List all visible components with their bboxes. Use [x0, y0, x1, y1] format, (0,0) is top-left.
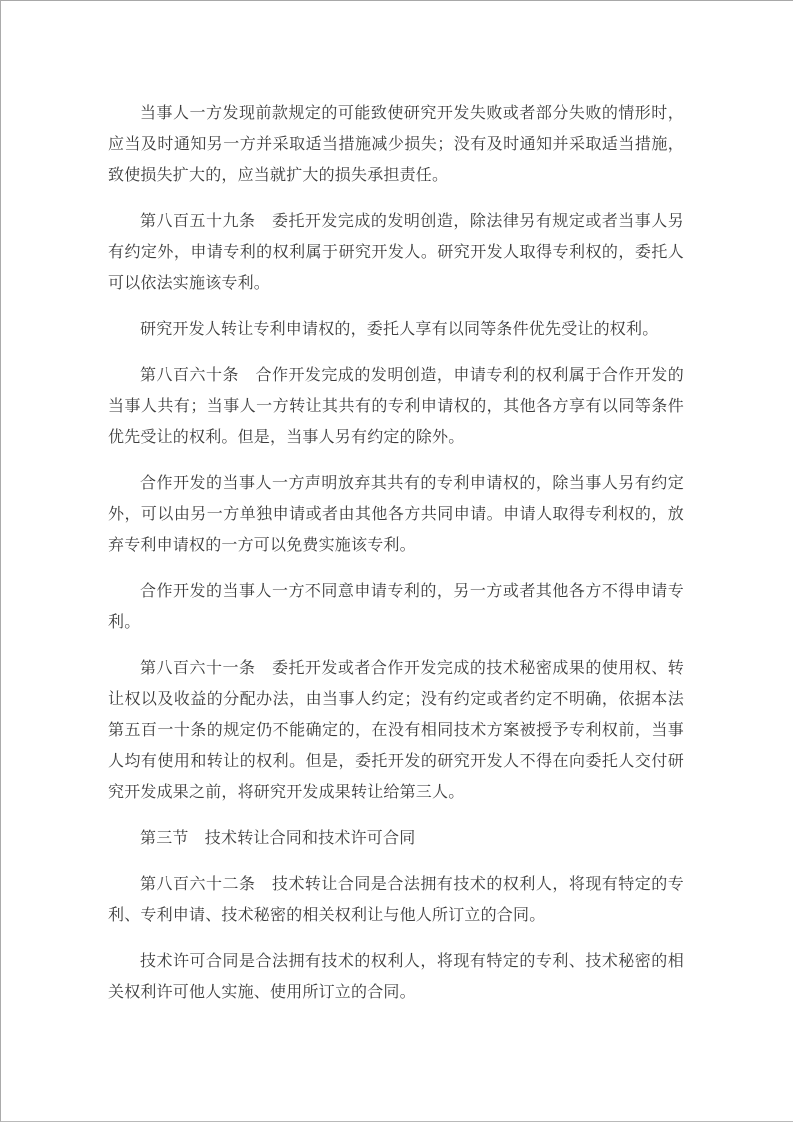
article-862-paragraph: 第八百六十二条 技术转让合同是合法拥有技术的权利人，将现有特定的专利、专利申请、… [108, 869, 684, 931]
article-860-paragraph: 第八百六十条 合作开发完成的发明创造，申请专利的权利属于合作开发的当事人共有；当… [108, 360, 684, 453]
document-page: 当事人一方发现前款规定的可能致使研究开发失败或者部分失败的情形时，应当及时通知另… [0, 0, 793, 1122]
body-paragraph-disagreement-no-application: 合作开发的当事人一方不同意申请专利的，另一方或者其他各方不得申请专利。 [108, 576, 684, 638]
article-861-paragraph: 第八百六十一条 委托开发或者合作开发完成的技术秘密成果的使用权、转让权以及收益的… [108, 653, 684, 808]
body-paragraph-breach-notice: 当事人一方发现前款规定的可能致使研究开发失败或者部分失败的情形时，应当及时通知另… [108, 98, 684, 191]
section-3-heading: 第三节 技术转让合同和技术许可合同 [108, 823, 684, 854]
body-paragraph-license-contract: 技术许可合同是合法拥有技术的权利人，将现有特定的专利、技术秘密的相关权利许可他人… [108, 946, 684, 1008]
body-paragraph-patent-transfer-priority: 研究开发人转让专利申请权的，委托人享有以同等条件优先受让的权利。 [108, 314, 684, 345]
body-paragraph-waiver-of-application: 合作开发的当事人一方声明放弃其共有的专利申请权的，除当事人另有约定外，可以由另一… [108, 468, 684, 561]
article-859-paragraph: 第八百五十九条 委托开发完成的发明创造，除法律另有规定或者当事人另有约定外，申请… [108, 206, 684, 299]
